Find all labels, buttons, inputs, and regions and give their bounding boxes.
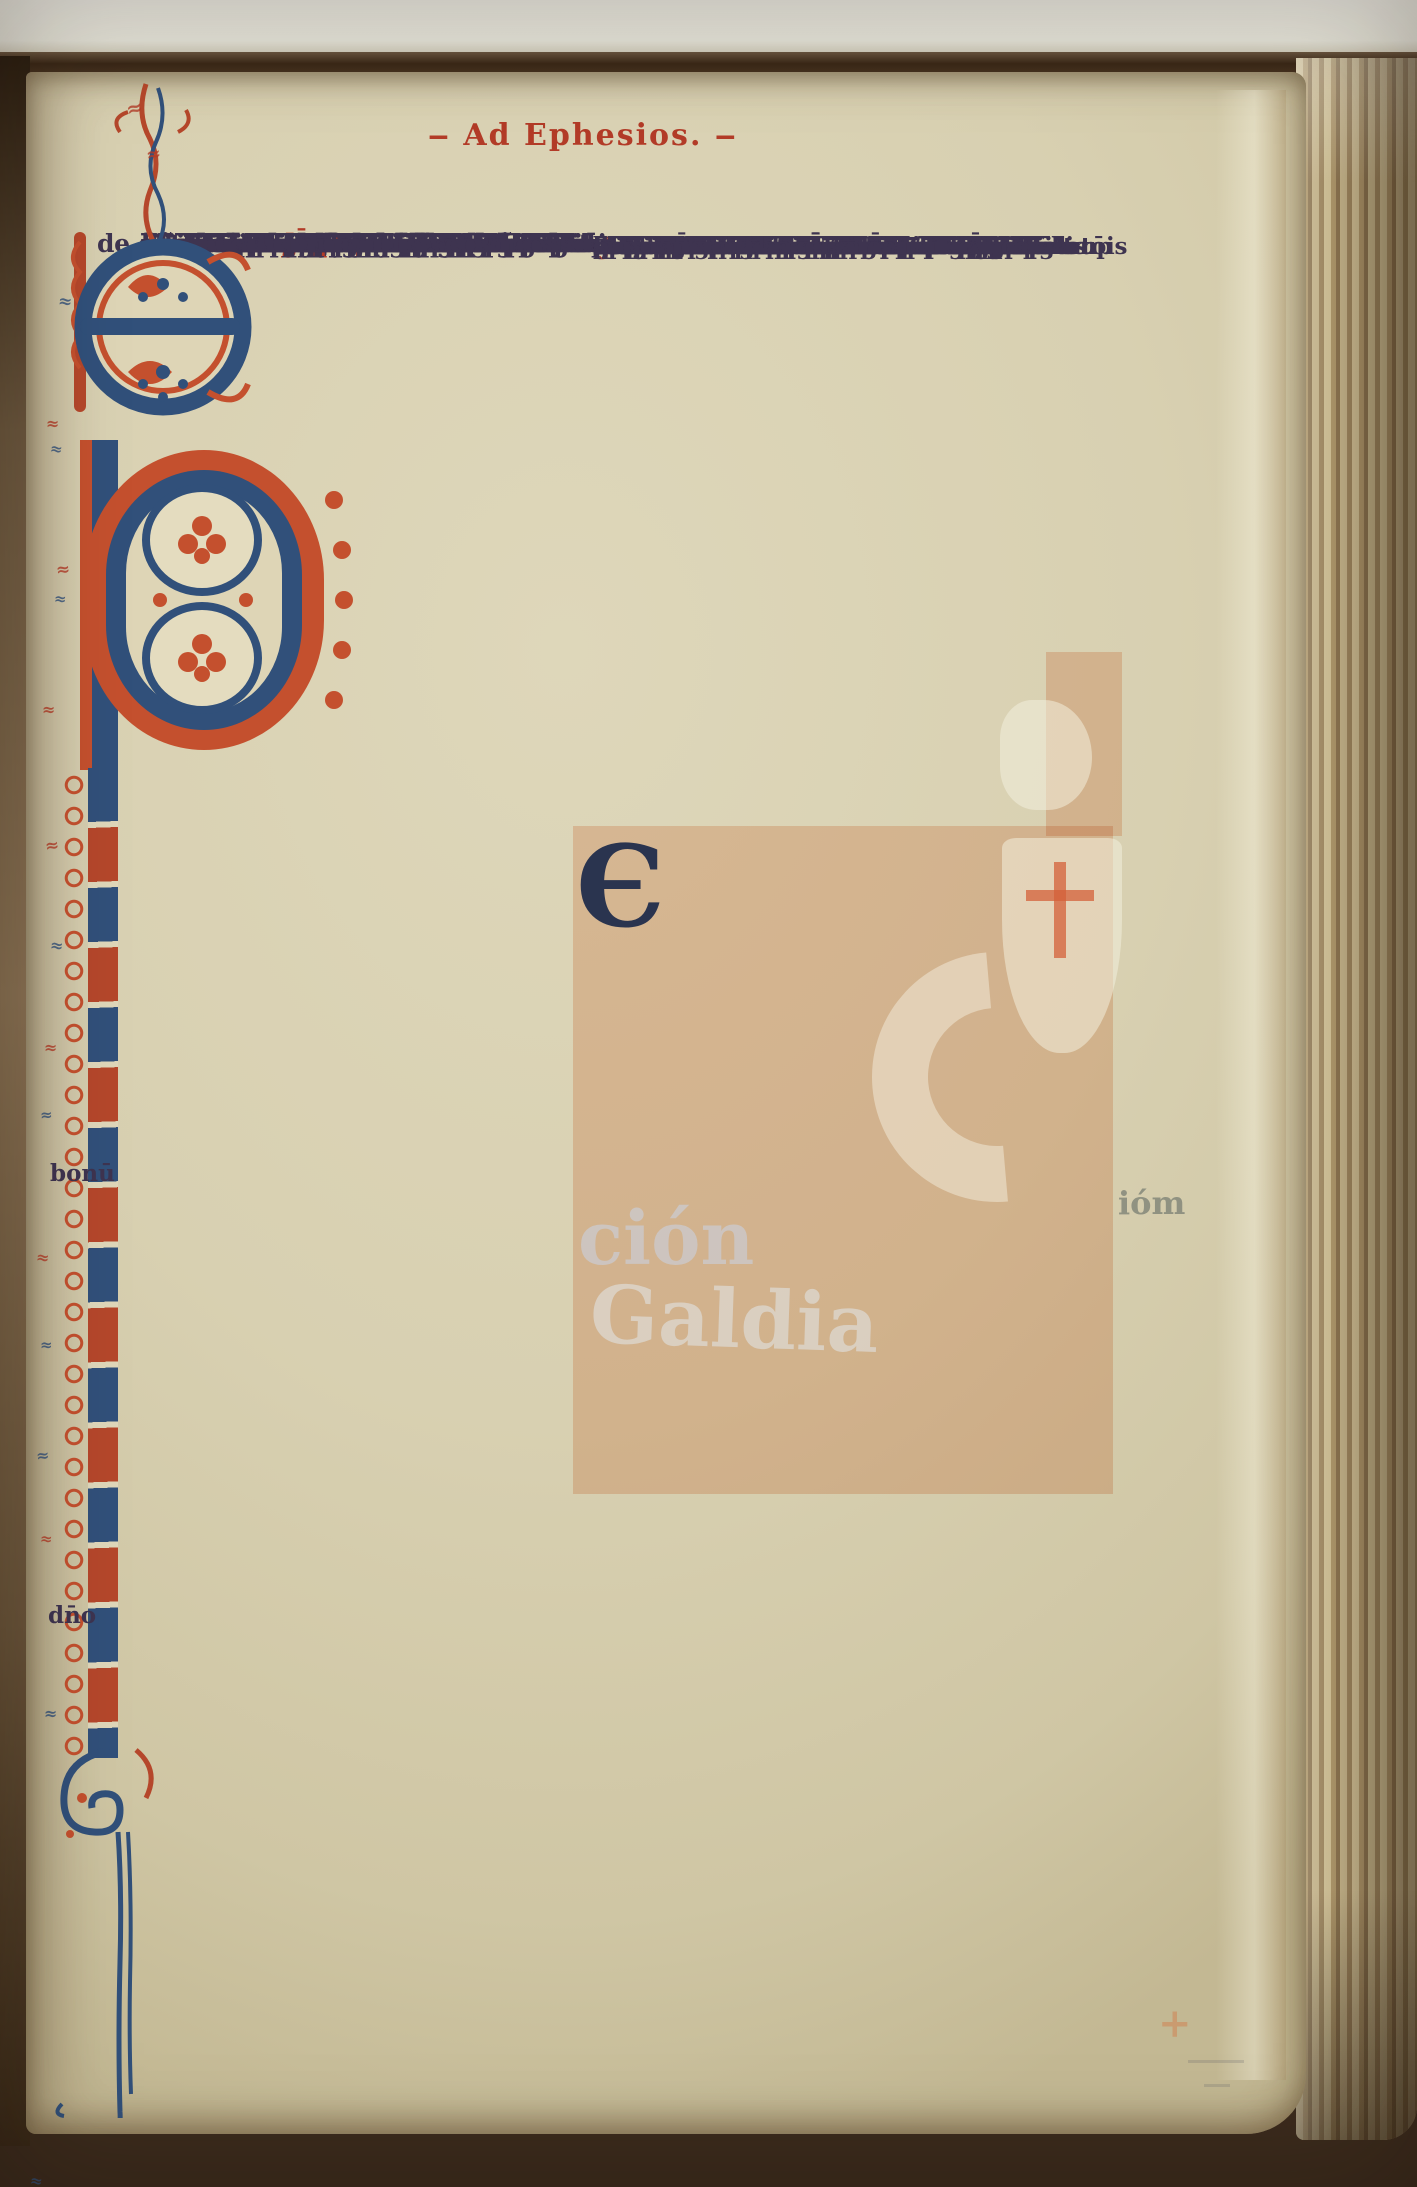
margin-doodle: ≈ xyxy=(46,414,59,433)
margin-doodle: ≈ xyxy=(42,700,55,719)
photo-top-margin xyxy=(0,0,1417,58)
margin-doodle: ≈ xyxy=(39,1106,53,1125)
margin-doodle: ≈ xyxy=(44,1038,57,1057)
watermark-text: ióm xyxy=(1118,1184,1185,1222)
margin-doodle: ≈ xyxy=(39,1530,53,1549)
illuminated-initial-E xyxy=(58,72,268,442)
margin-doodle: ≈ xyxy=(49,439,64,459)
page-curl-highlight xyxy=(1216,90,1286,2080)
text-segment: sn̄ x̄. alienati a cōusatōe isrl. 7 hosp… xyxy=(593,230,1053,265)
margin-doodle: ≈ xyxy=(49,935,64,955)
running-title: ‒ Ad Ephesios. ‒ xyxy=(428,118,738,153)
margin-doodle: ≈ xyxy=(53,590,67,609)
watermark-blob xyxy=(1000,700,1092,810)
margin-doodle: ≈ xyxy=(55,559,71,580)
margin-note: dn̄o xyxy=(48,1602,96,1629)
margin-doodle: ≈ xyxy=(44,1704,57,1723)
manuscript-photo: ‒ Ad Ephesios. ‒ plesij sunt Incipit pro… xyxy=(0,0,1417,2187)
margin-doodle: ≈ xyxy=(35,1445,50,1465)
bar-tail-flourish xyxy=(40,1748,170,2118)
watermark-text: + xyxy=(1158,2000,1192,2047)
margin-doodle: ≈ xyxy=(29,2171,44,2187)
margin-doodle: ≈ xyxy=(57,291,73,312)
watermark-cross xyxy=(1054,862,1066,958)
watermark-cross-arm xyxy=(1026,890,1094,901)
margin-doodle: ≈ xyxy=(44,835,61,857)
margin-doodle: ≈ xyxy=(40,1336,53,1354)
pencil-mark-2 xyxy=(1204,2084,1230,2087)
page-stack-shading xyxy=(1296,58,1417,2140)
margin-note: bonū xyxy=(50,1160,115,1187)
watermark-text: Galdia xyxy=(588,1267,880,1371)
pencil-mark xyxy=(1188,2060,1244,2063)
illuminated-initial-P xyxy=(50,440,360,770)
margin-doodle: ≈ xyxy=(35,1247,50,1267)
